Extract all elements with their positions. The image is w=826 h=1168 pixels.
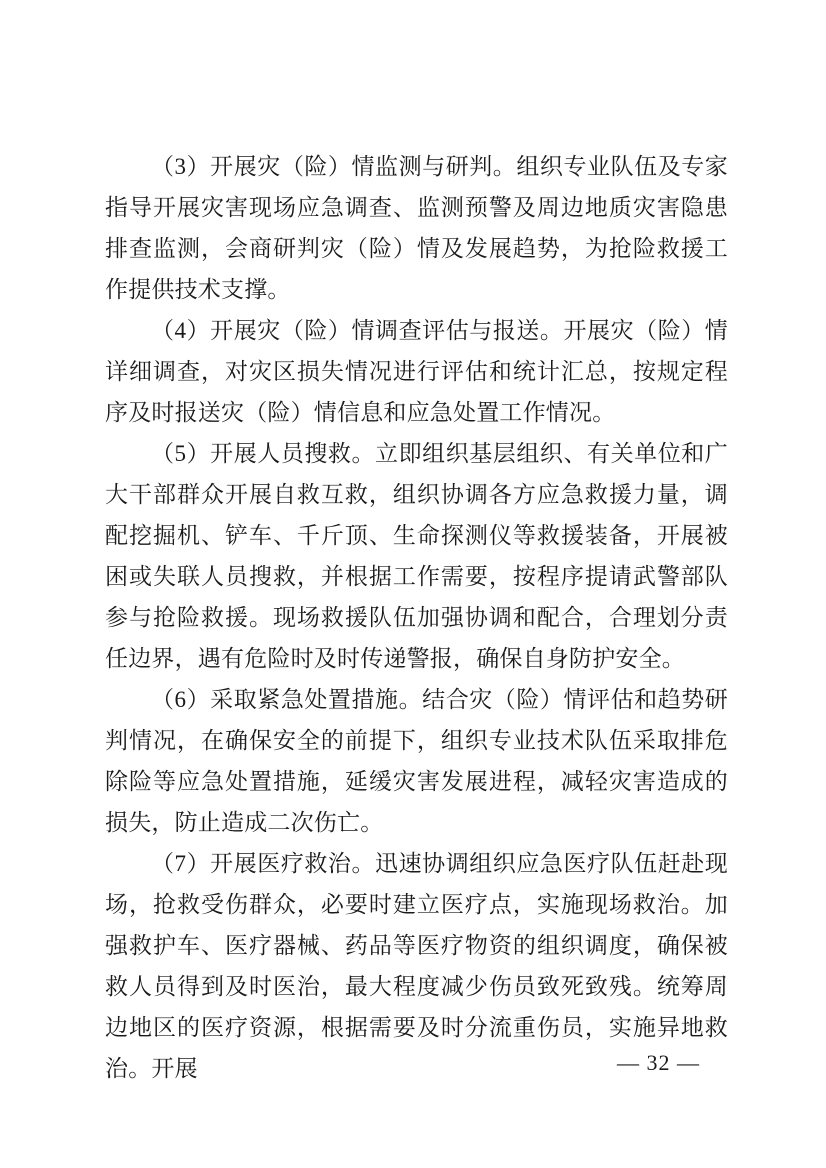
document-page: （3）开展灾（险）情监测与研判。组织专业队伍及专家指导开展灾害现场应急调查、监测… <box>0 0 826 1168</box>
paragraph-3: （3）开展灾（险）情监测与研判。组织专业队伍及专家指导开展灾害现场应急调查、监测… <box>105 146 728 310</box>
page-number: — 32 — <box>105 1050 700 1076</box>
paragraph-4: （4）开展灾（险）情调查评估与报送。开展灾（险）情详细调查，对灾区损失情况进行评… <box>105 310 728 433</box>
body-text: （3）开展灾（险）情监测与研判。组织专业队伍及专家指导开展灾害现场应急调查、监测… <box>105 146 728 1089</box>
paragraph-6: （6）采取紧急处置措施。结合灾（险）情评估和趋势研判情况，在确保安全的前提下，组… <box>105 679 728 843</box>
paragraph-5: （5）开展人员搜救。立即组织基层组织、有关单位和广大干部群众开展自救互救，组织协… <box>105 433 728 679</box>
